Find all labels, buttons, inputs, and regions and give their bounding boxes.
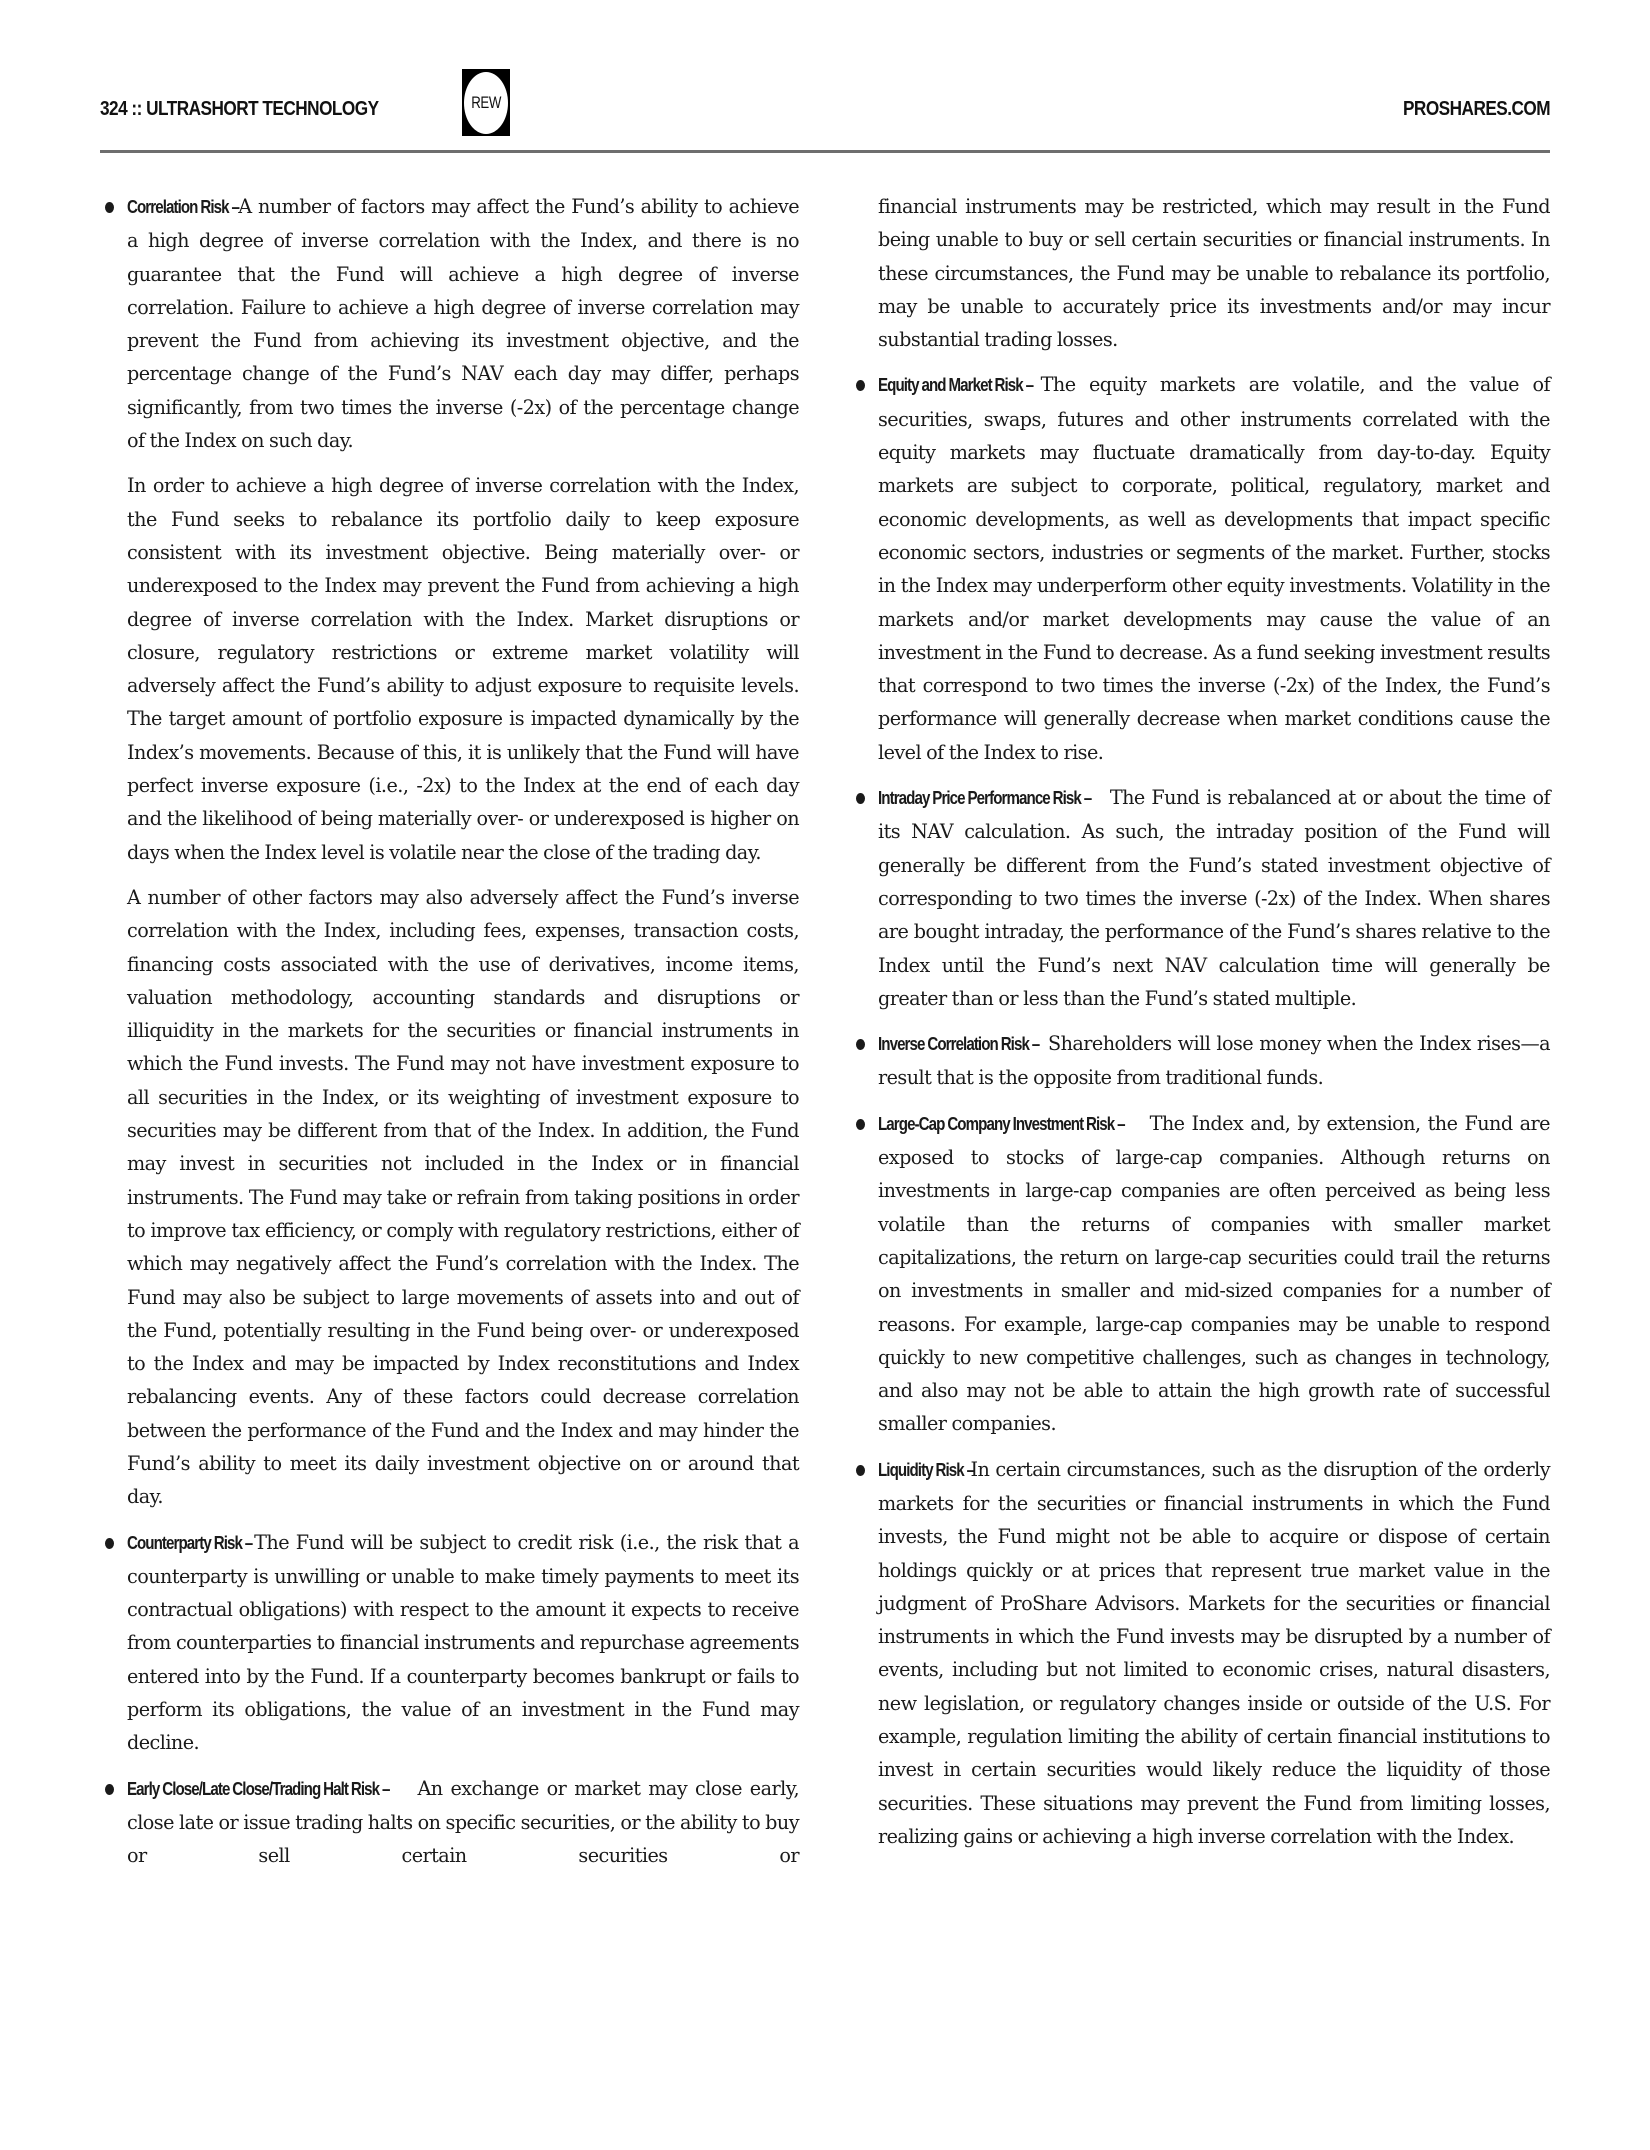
right-column: financial instruments may be restricted,… — [878, 190, 1550, 1865]
bullet-icon — [105, 1784, 114, 1795]
risk-paragraph: Inverse Correlation Risk – Shareholders … — [878, 1027, 1550, 1095]
risk-paragraph: Intraday Price Performance Risk – The Fu… — [878, 781, 1550, 1015]
risk-title: Correlation Risk – — [127, 191, 239, 224]
risk-title: Large-Cap Company Investment Risk – — [878, 1108, 1125, 1141]
risk-title: Equity and Market Risk – — [878, 369, 1033, 402]
risk-item-correlation: Correlation Risk – A number of factors m… — [127, 190, 799, 1514]
site-link[interactable]: PROSHARES.COM — [1403, 98, 1550, 121]
bullet-icon — [105, 202, 114, 213]
bullet-icon — [105, 1538, 114, 1549]
risk-title: Counterparty Risk – — [127, 1527, 252, 1560]
risk-paragraph: Large-Cap Company Investment Risk – The … — [878, 1107, 1550, 1441]
bullet-icon — [856, 793, 865, 804]
ticker-badge-ellipse: REW — [464, 72, 508, 134]
risk-item-liquidity: Liquidity Risk – In certain circumstance… — [878, 1453, 1550, 1854]
risk-title: Early Close/Late Close/Trading Halt Risk… — [127, 1773, 389, 1806]
risk-item-large-cap: Large-Cap Company Investment Risk – The … — [878, 1107, 1550, 1441]
ticker-badge: REW — [462, 69, 510, 136]
risk-paragraph: financial instruments may be restricted,… — [878, 190, 1550, 356]
risk-title: Inverse Correlation Risk – — [878, 1028, 1039, 1061]
risk-paragraph: Liquidity Risk – In certain circumstance… — [878, 1453, 1550, 1854]
risk-item-early-close: Early Close/Late Close/Trading Halt Risk… — [127, 1772, 799, 1873]
ticker-badge-label: REW — [471, 93, 501, 113]
bullet-icon — [856, 1119, 865, 1130]
risk-item-counterparty: Counterparty Risk – The Fund will be sub… — [127, 1526, 799, 1760]
risk-item-early-close-continued: financial instruments may be restricted,… — [878, 190, 1550, 356]
bullet-icon — [856, 380, 865, 391]
risk-paragraph: In order to achieve a high degree of inv… — [127, 469, 799, 869]
page-header: 324 :: ULTRASHORT TECHNOLOGY REW PROSHAR… — [100, 64, 1550, 144]
risk-paragraph: Equity and Market Risk – The equity mark… — [878, 368, 1550, 769]
risk-title: Liquidity Risk – — [878, 1454, 974, 1487]
left-column: Correlation Risk – A number of factors m… — [127, 190, 799, 1885]
risk-title: Intraday Price Performance Risk – — [878, 782, 1091, 815]
risk-paragraph: Early Close/Late Close/Trading Halt Risk… — [127, 1772, 799, 1873]
risk-item-inverse-correlation: Inverse Correlation Risk – Shareholders … — [878, 1027, 1550, 1095]
header-divider — [100, 150, 1550, 153]
risk-paragraph: A number of other factors may also adver… — [127, 881, 799, 1514]
risk-paragraph: Counterparty Risk – The Fund will be sub… — [127, 1526, 799, 1760]
risk-item-equity-market: Equity and Market Risk – The equity mark… — [878, 368, 1550, 769]
bullet-icon — [856, 1039, 865, 1050]
bullet-icon — [856, 1465, 865, 1476]
page-title: 324 :: ULTRASHORT TECHNOLOGY — [100, 98, 379, 121]
risk-item-intraday: Intraday Price Performance Risk – The Fu… — [878, 781, 1550, 1015]
risk-paragraph: Correlation Risk – A number of factors m… — [127, 190, 799, 457]
